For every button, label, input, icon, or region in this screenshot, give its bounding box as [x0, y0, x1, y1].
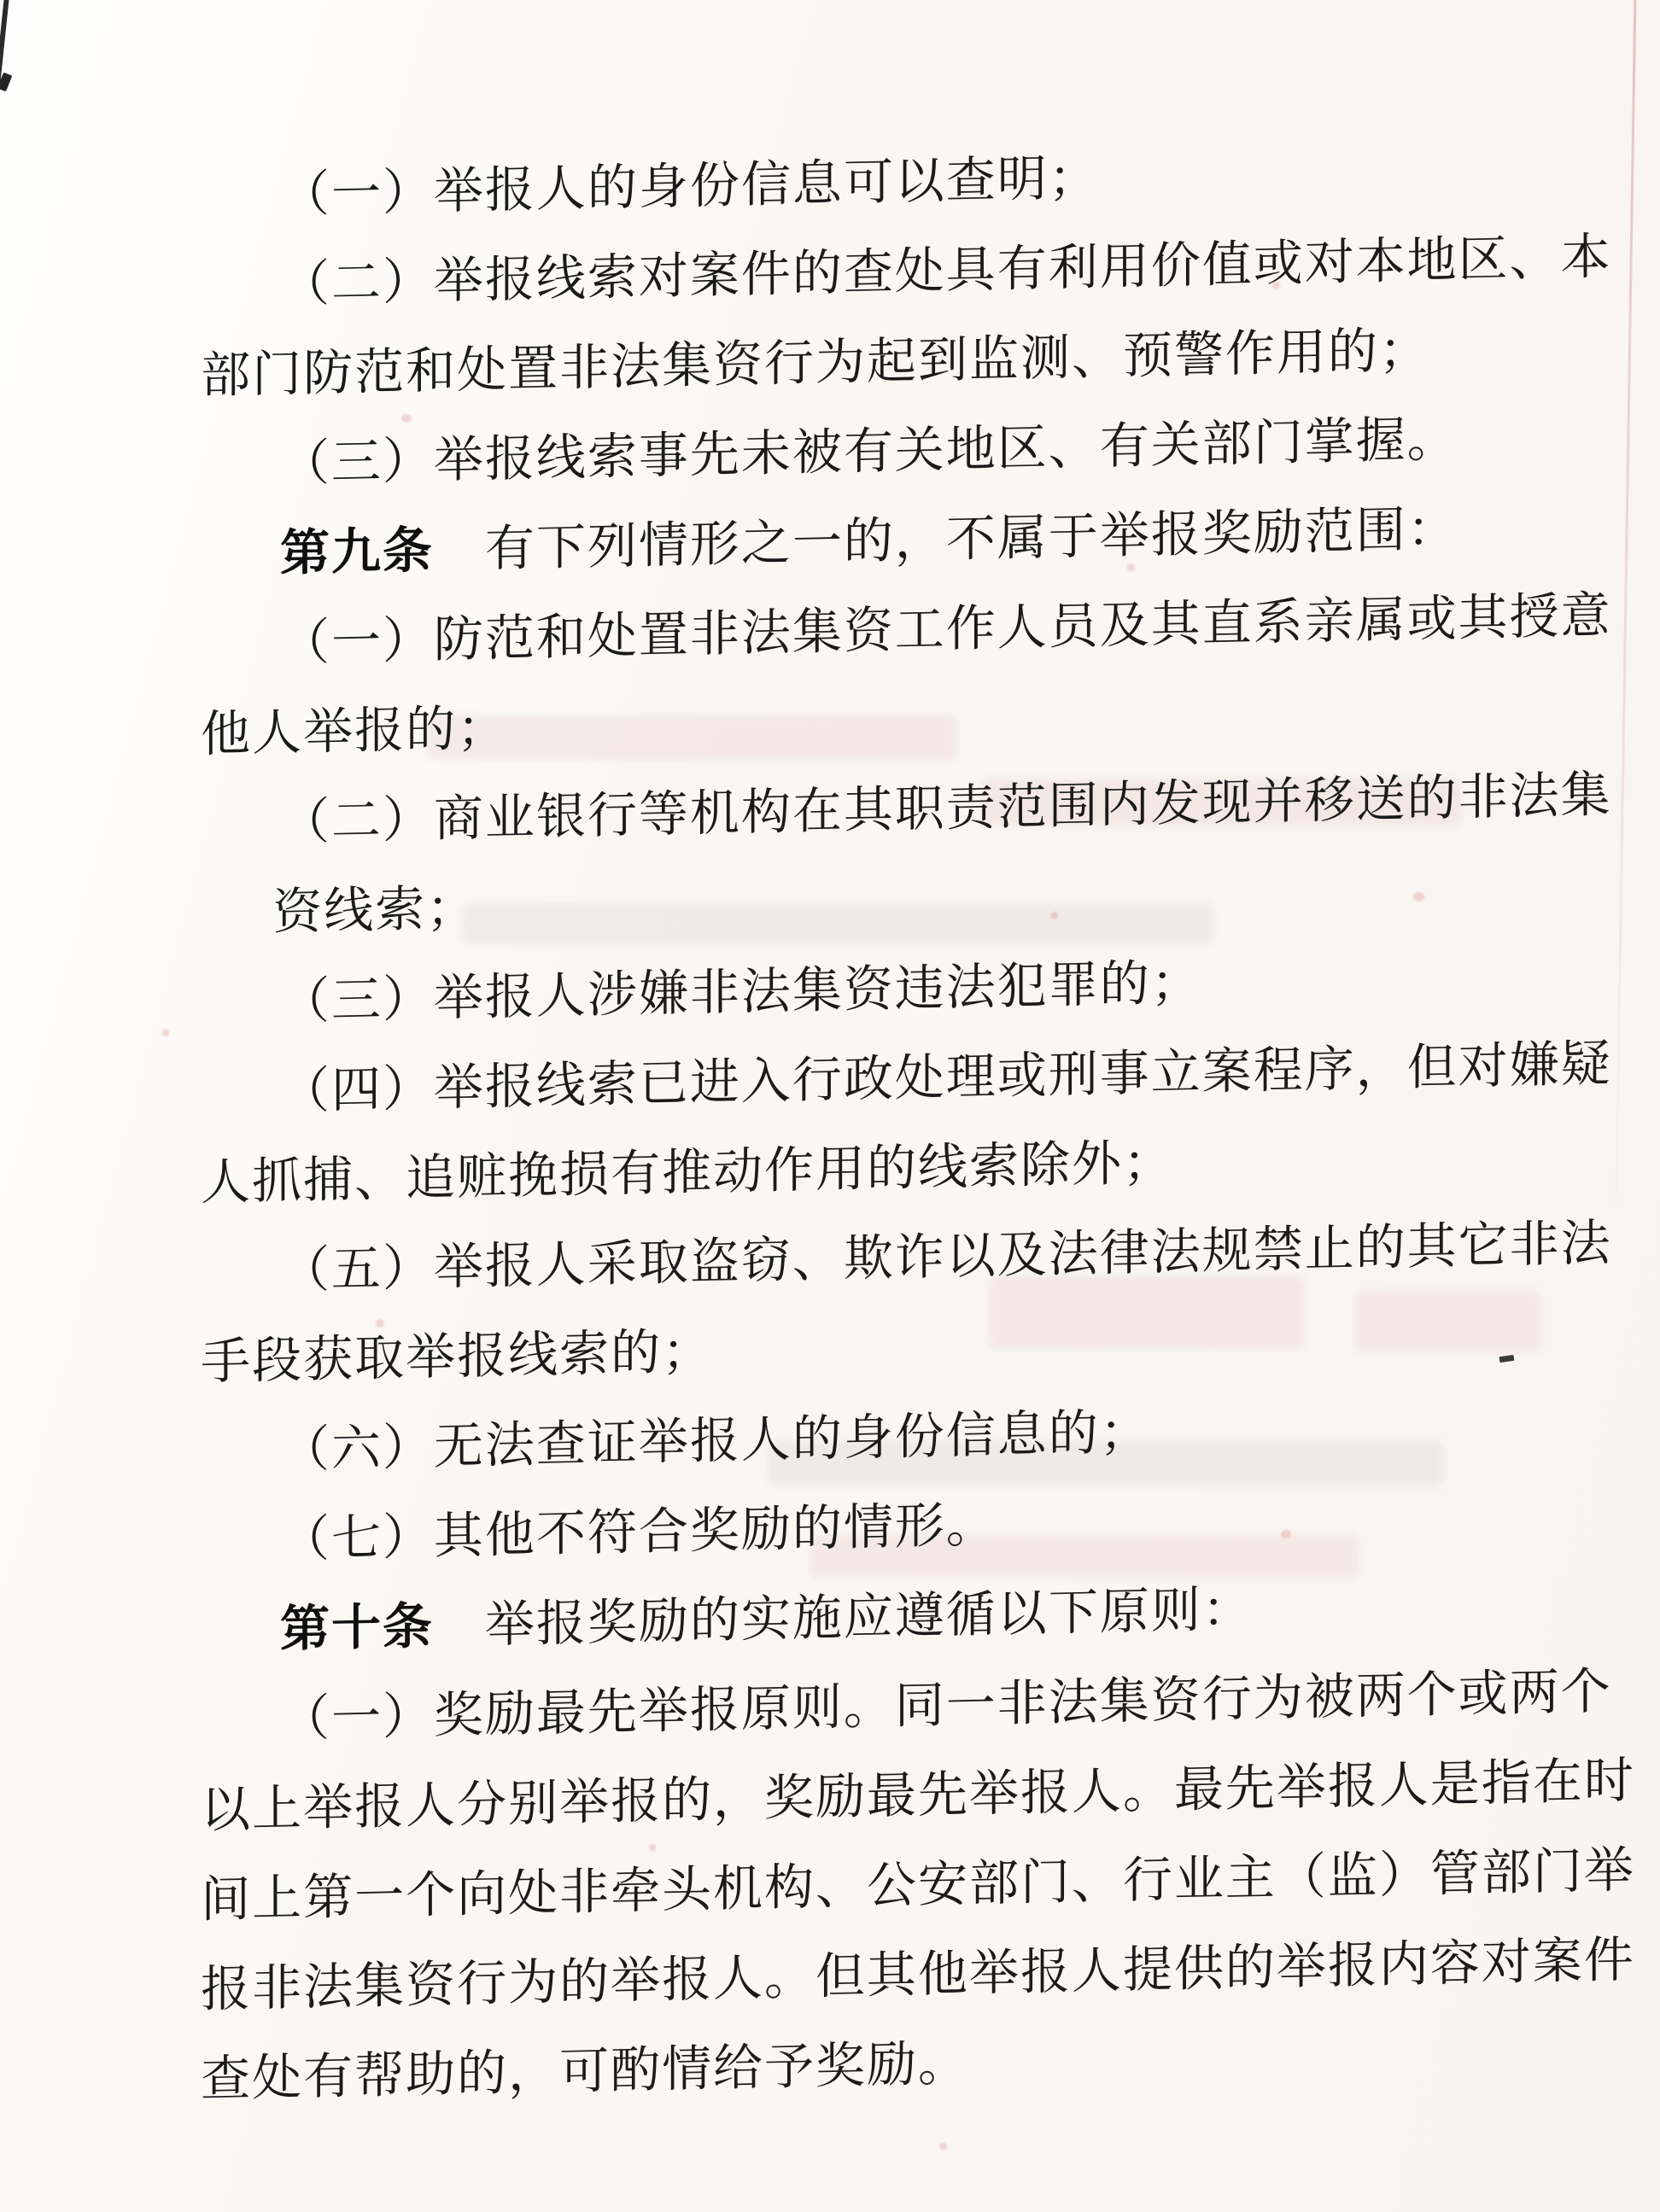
scan-edge-artifact — [0, 73, 12, 92]
line-text: （五）举报人采取盗窃、欺诈以及法律法规禁止的其它非法 — [280, 1215, 1612, 1299]
line-text: （四）举报线索已进入行政处理或刑事立案程序，但对嫌疑 — [280, 1036, 1612, 1119]
line-text: 手段获取举报线索的； — [201, 1323, 713, 1390]
line-text: 人抓捕、追赃挽损有推动作用的线索除外； — [201, 1135, 1174, 1211]
scan-edge-artifact — [0, 0, 9, 113]
document-text-block: （一）举报人的身份信息可以查明； （二）举报线索对案件的查处具有利用价值或对本地… — [201, 121, 1652, 2124]
line-text: （二）举报线索对案件的查处具有利用价值或对本地区、本 — [280, 229, 1612, 312]
line-text: 资线索； — [272, 880, 477, 940]
line-text: （六）无法查证举报人的身份信息的； — [280, 1404, 1151, 1478]
article-10-number: 第十条 — [280, 1598, 434, 1657]
line-text: 有下列情形之一的，不属于举报奖励范围： — [434, 501, 1458, 578]
line-text: 查处有帮助的，可酌情给予奖励。 — [201, 2035, 969, 2107]
line-text: 举报奖励的实施应遵循以下原则： — [434, 1581, 1254, 1654]
line-text: （七）其他不符合奖励的情形。 — [280, 1497, 997, 1567]
line-text: （一）举报人的身份信息可以查明； — [280, 150, 1100, 223]
line-text: （三）举报人涉嫌非法集资违法犯罪的； — [280, 954, 1202, 1030]
line-text: （一）奖励最先举报原则。同一非法集资行为被两个或两个 — [280, 1663, 1612, 1747]
pink-speck-artifact — [939, 2143, 947, 2150]
line-text: （三）举报线索事先未被有关地区、有关部门掌握。 — [280, 411, 1458, 492]
line-text: 报非法集资行为的举报人。但其他举报人提供的举报内容对案件 — [201, 1932, 1635, 2017]
pink-speck-artifact — [162, 1029, 169, 1036]
line-text: （二）商业银行等机构在其职责范围内发现并移送的非法集 — [280, 767, 1612, 850]
line-text: 部门防范和处置非法集资行为起到监测、预警作用的； — [201, 322, 1430, 403]
article-9-number: 第九条 — [280, 522, 434, 581]
line-text: 间上第一个向处非牵头机构、公安部门、行业主（监）管部门举 — [201, 1842, 1635, 1928]
line-text: 他人举报的； — [201, 700, 508, 762]
line-text: （一）防范和处置非法集资工作人员及其直系亲属或其授意 — [280, 587, 1612, 671]
line-text: 以上举报人分别举报的，奖励最先举报人。最先举报人是指在时 — [201, 1753, 1635, 1838]
scanned-document-page: （一）举报人的身份信息可以查明； （二）举报线索对案件的查处具有利用价值或对本地… — [0, 0, 1660, 2212]
